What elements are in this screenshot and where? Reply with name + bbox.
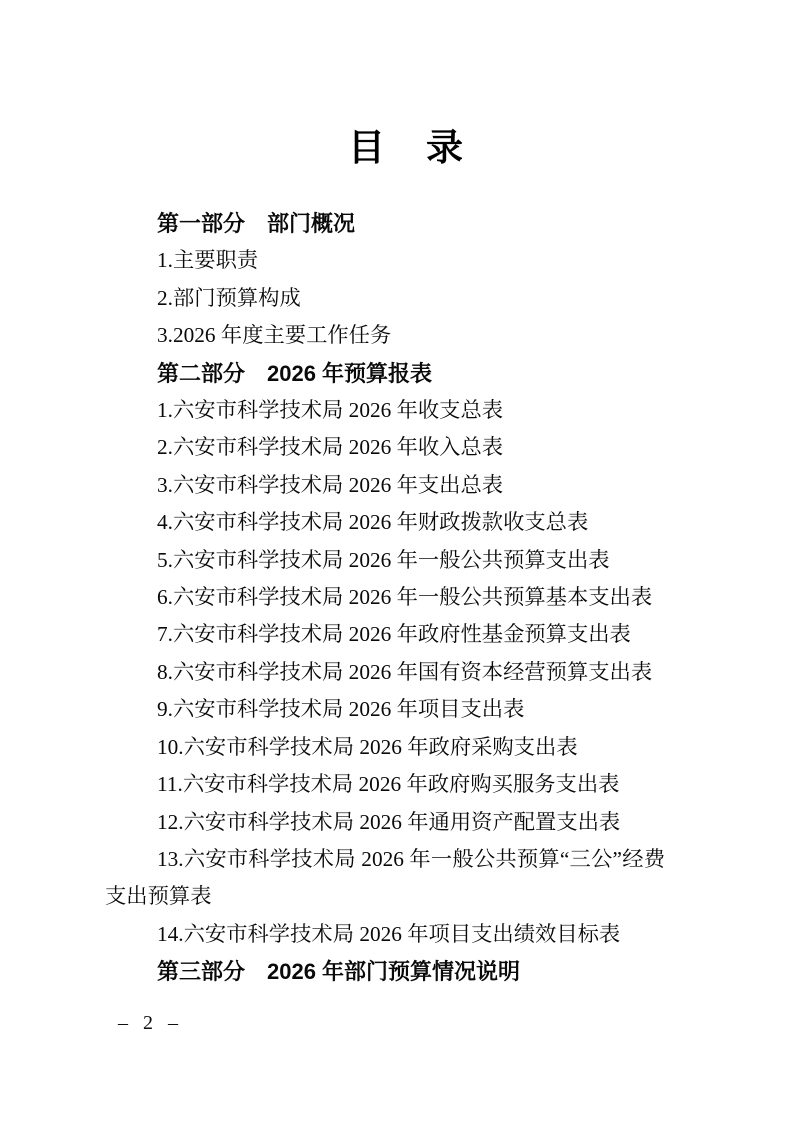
- toc-item: 3.六安市科学技术局 2026 年支出总表: [105, 467, 665, 504]
- toc-item: 5.六安市科学技术局 2026 年一般公共预算支出表: [105, 542, 665, 579]
- toc-item: 13.六安市科学技术局 2026 年一般公共预算“三公”经费支出预算表: [105, 841, 665, 916]
- toc-item: 14.六安市科学技术局 2026 年项目支出绩效目标表: [105, 916, 665, 953]
- toc-item: 4.六安市科学技术局 2026 年财政拨款收支总表: [105, 504, 665, 541]
- toc-section-1-heading: 第一部分 部门概况: [105, 205, 665, 242]
- page-title: 目 录: [10, 126, 793, 170]
- toc-item: 1.主要职责: [105, 242, 665, 279]
- toc-item: 7.六安市科学技术局 2026 年政府性基金预算支出表: [105, 616, 665, 653]
- toc-section-2-heading: 第二部分 2026 年预算报表: [105, 355, 665, 392]
- toc-item: 11.六安市科学技术局 2026 年政府购买服务支出表: [105, 766, 665, 803]
- toc-item: 2.部门预算构成: [105, 280, 665, 317]
- toc-item: 9.六安市科学技术局 2026 年项目支出表: [105, 691, 665, 728]
- toc-item: 1.六安市科学技术局 2026 年收支总表: [105, 392, 665, 429]
- page-number: – 2 –: [118, 1008, 182, 1038]
- toc-item: 6.六安市科学技术局 2026 年一般公共预算基本支出表: [105, 579, 665, 616]
- toc-item: 8.六安市科学技术局 2026 年国有资本经营预算支出表: [105, 654, 665, 691]
- toc-section-3-heading: 第三部分 2026 年部门预算情况说明: [105, 953, 665, 990]
- toc-item: 10.六安市科学技术局 2026 年政府采购支出表: [105, 729, 665, 766]
- toc-item: 2.六安市科学技术局 2026 年收入总表: [105, 429, 665, 466]
- toc-item: 3.2026 年度主要工作任务: [105, 317, 665, 354]
- toc-item: 12.六安市科学技术局 2026 年通用资产配置支出表: [105, 804, 665, 841]
- table-of-contents: 第一部分 部门概况 1.主要职责 2.部门预算构成 3.2026 年度主要工作任…: [105, 205, 665, 991]
- document-page: 目 录 第一部分 部门概况 1.主要职责 2.部门预算构成 3.2026 年度主…: [0, 0, 793, 1122]
